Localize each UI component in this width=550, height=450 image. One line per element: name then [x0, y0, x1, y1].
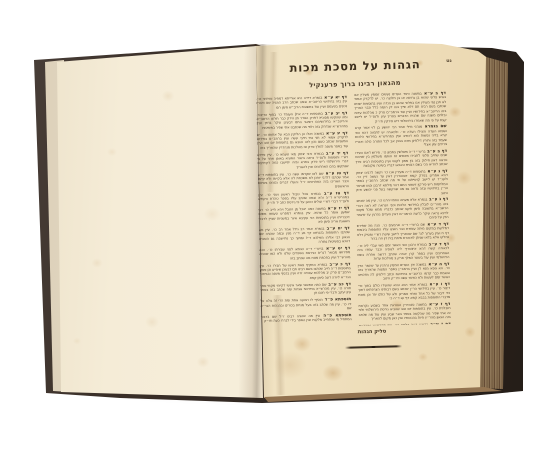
folio-number: נט — [441, 58, 457, 64]
gloss-paragraph: דף ב ע״א במשנה כיצד העדים נעשים זוממין מ… — [354, 90, 447, 124]
gloss-paragraph: דף ב ע״ב ברש״י ד״ה משלשין בממון כו׳. פיר… — [355, 148, 447, 169]
gloss-paragraph: דף ה ע״א במשנה אין העדים זוממין נהרגין ע… — [358, 261, 450, 282]
gloss-paragraph: דף יא ע״א בגמרא דידיה היא אורייתא דמחיה … — [256, 94, 347, 110]
gloss-paragraph: דף ז ע״א במשנה סנהדרין ההורגת אחד בשבוע … — [358, 301, 450, 322]
page-subtitle: מהגאון רבינו ברוך פרענקיל — [298, 78, 412, 89]
gloss-paragraph: דף יב ע״ב בתוספות ד״ה אילן העומד כו׳ בסו… — [256, 110, 347, 131]
printed-matter: נט הגהות על מסכת מכות מהגאון רבינו ברוך … — [0, 0, 550, 450]
gloss-column-right: דף ב ע״א במשנה כיצד העדים נעשים זוממין מ… — [354, 90, 451, 326]
gloss-paragraph: שם בגמרא מנהני מילי אמר רבי יהושע בן לוי… — [355, 123, 447, 148]
gloss-paragraph: תוספתא פ״ה עיין מה שהגיה רבינו ז״ל שם בד… — [261, 312, 352, 324]
gloss-paragraph: דף ד ע״א שם ברש״י ד״ה ארבעים כו׳. הנה מה… — [357, 221, 449, 242]
gloss-paragraph: דף ד ע״ב בגמרא ורבנן האי כאשר זמם מאי עב… — [357, 241, 449, 262]
gloss-paragraph: דף ז ע״ב ברש״י ד״ה דלמא כו׳. עיין מהרש״א… — [359, 321, 451, 326]
gloss-columns: דף ב ע״א במשנה כיצד העדים נעשים זוממין מ… — [256, 90, 451, 328]
page-title: הגהות על מסכת מכות — [288, 57, 422, 75]
gloss-paragraph: דף ו ע״א בגמרא אמר רבא והוא שהעידו כולם … — [358, 281, 450, 302]
gloss-paragraph: דף כב ע״ב שם כמה טפשאי שאר אינשי דקיימי … — [260, 281, 351, 297]
gloss-paragraph: תוספתא פ״ד הוסיף לו רצועה אחת ומת הרי זה… — [260, 296, 351, 312]
book-photo: נט הגהות על מסכת מכות מהגאון רבינו ברוך … — [0, 0, 550, 450]
gloss-paragraph: דף יג ע״א במשנה ואלו הן הלוקין הבא על אח… — [257, 130, 348, 151]
gloss-paragraph: דף כ ע״ב בגמרא המקיף פאת ראשו של חבירו כ… — [260, 261, 351, 282]
colophon-text: סליק הגהות — [322, 328, 422, 336]
gloss-paragraph: דף ג ע״ב בגמרא אלא מעתה הוזמו יהרגו כו׳.… — [356, 196, 448, 221]
gloss-paragraph: דף יט ע״א ברש״י ד״ה ואימא לפני שבירתו כו… — [259, 245, 350, 261]
gloss-paragraph: דף יז ע״א במשנה כמה יאכל מן הטבל ויהא חי… — [258, 205, 349, 226]
gloss-paragraph: דף יד ע״ב בגמרא ורבי יצחק מאי טעמא כו׳. … — [257, 150, 348, 171]
end-rule — [345, 345, 402, 348]
gloss-paragraph: דף ג ע״א בתוספות ד״ה מעידין אנו כו׳ וקשה… — [356, 168, 449, 197]
gloss-column-left: דף יא ע״א בגמרא דידיה היא אורייתא דמחיה … — [256, 94, 352, 328]
gloss-paragraph: דף יח ע״ב בגמרא אמר רב גידל אמר רב כו׳. … — [259, 225, 350, 246]
gloss-paragraph: דף טו ע״א שם לאו שקדמו עשה כו׳. עיין בתו… — [258, 170, 349, 191]
gloss-paragraph: דף טז ע״ב בגמרא אכל טבול ראשון ושני כו׳.… — [258, 190, 349, 206]
